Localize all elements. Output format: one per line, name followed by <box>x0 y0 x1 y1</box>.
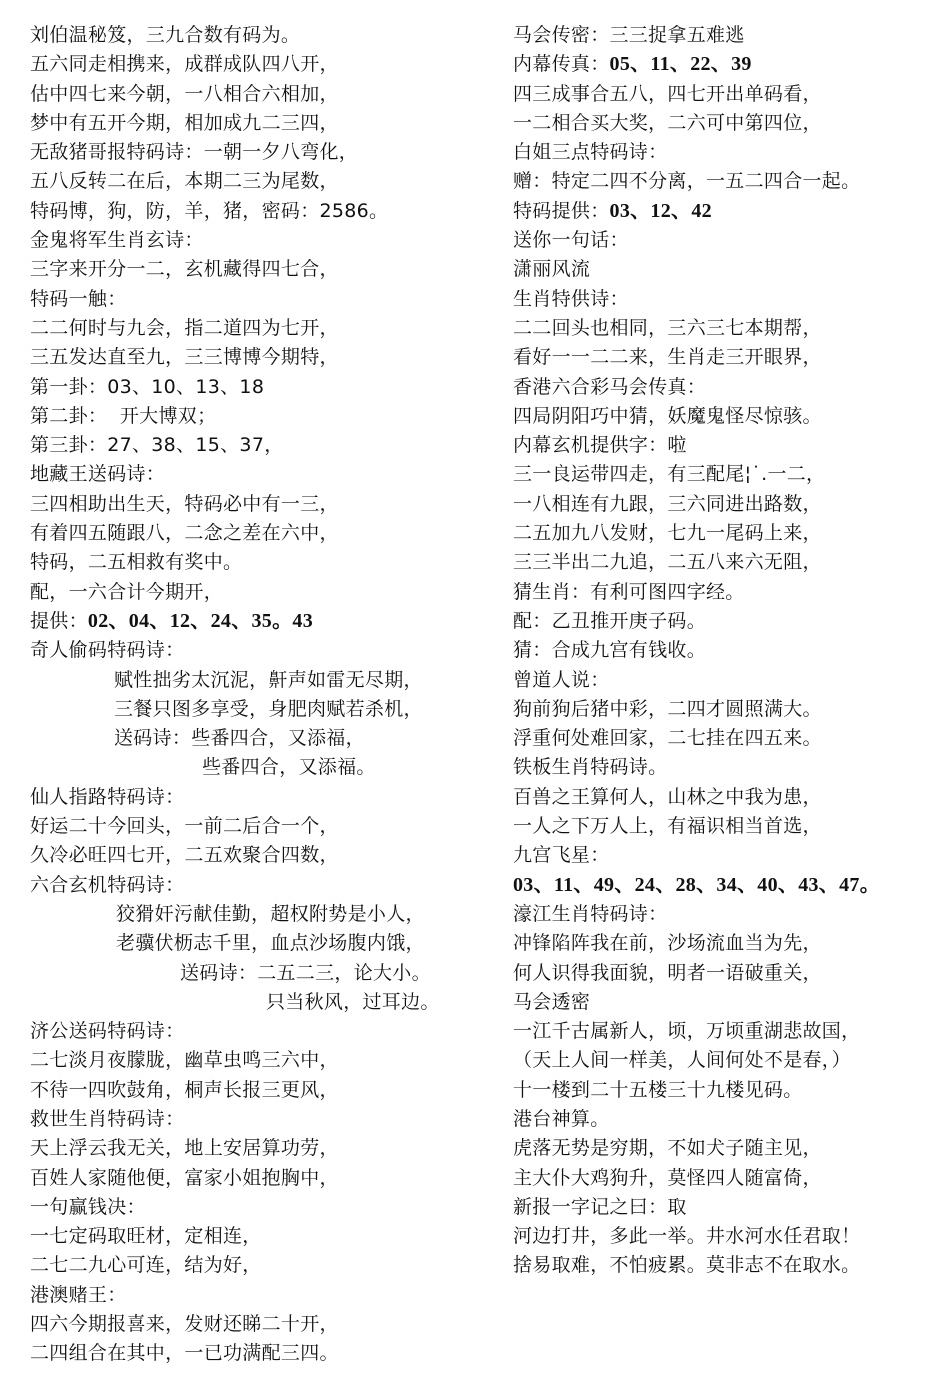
text-line: 有着四五随跟八，二念之差在六中， <box>30 519 470 548</box>
section-heading: 马会透密 <box>513 988 928 1017</box>
section-heading: 香港六合彩马会传真： <box>513 373 928 402</box>
text-line: 百姓人家随他便，富家小姐抱胸中， <box>30 1164 470 1193</box>
text-line: 四三成事合五八，四七开出单码看， <box>513 80 928 109</box>
text-line: 一江千古属新人，顷，万顷重湖悲故国， <box>513 1017 928 1046</box>
text-line: 马会传密：三三捉拿五难逃 <box>513 21 928 50</box>
text-line: 特码，二五相救有奖中。 <box>30 548 470 577</box>
text-line: 送码诗：二五二三，论大小。 <box>30 959 470 988</box>
text-line: 一八相连有九跟，三六同进出路数， <box>513 490 928 519</box>
text-line: 三餐只图多享受，身肥肉赋若杀机， <box>30 695 470 724</box>
text-line: 河边打井，多此一举。井水河水任君取！ <box>513 1222 928 1251</box>
text-line: 五八反转二在后，本期二三为尾数， <box>30 167 470 196</box>
text-line: 三三半出二九追，二五八来六无阻， <box>513 548 928 577</box>
text-line: 潇丽风流 <box>513 255 928 284</box>
section-heading: 金鬼将军生肖玄诗： <box>30 226 470 255</box>
text-line: 特码博，狗，防，羊，猪，密码：2586。 <box>30 197 470 226</box>
text-line: 二五加九八发财，七九一尾码上来， <box>513 519 928 548</box>
section-heading: 济公送码特码诗： <box>30 1017 470 1046</box>
text-line: 百兽之王算何人，山林之中我为患， <box>513 783 928 812</box>
text-line: 估中四七来今朝，一八相合六相加， <box>30 80 470 109</box>
section-heading: 地藏王送码诗： <box>30 460 470 489</box>
bold-numbers: 05、11、22、39 <box>610 53 752 75</box>
section-heading: 生肖特供诗： <box>513 285 928 314</box>
number-line: 内幕传真：05、11、22、39 <box>513 50 928 79</box>
text-line: 天上浮云我无关，地上安居算功劳， <box>30 1134 470 1163</box>
text-line: 冲锋陷阵我在前，沙场流血当为先， <box>513 929 928 958</box>
section-heading: 六合玄机特码诗： <box>30 871 470 900</box>
text-line: 内幕玄机提供字：啦 <box>513 431 928 460</box>
text-line: 浮重何处难回家，二七挂在四五来。 <box>513 724 928 753</box>
number-label: 特码提供： <box>513 200 610 222</box>
text-line: 第一卦：03、10、13、18 <box>30 373 470 402</box>
text-line: 刘伯温秘笈，三九合数有码为。 <box>30 21 470 50</box>
bold-numbers: 03、11、49、24、28、34、40、43、47。 <box>513 874 880 896</box>
text-line: 五六同走相携来，成群成队四八开， <box>30 50 470 79</box>
number-line: 提供：02、04、12、24、35。43 <box>30 607 470 636</box>
section-heading: 仙人指路特码诗： <box>30 783 470 812</box>
section-heading: 铁板生肖特码诗。 <box>513 753 928 782</box>
bold-numbers: 03、12、42 <box>610 200 712 222</box>
section-heading: 特码一触： <box>30 285 470 314</box>
text-line: 四局阴阳巧中猜，妖魔鬼怪尽惊骇。 <box>513 402 928 431</box>
section-heading: 九宫飞星： <box>513 841 928 870</box>
text-line: 看好一一二二来，生肖走三开眼界， <box>513 343 928 372</box>
text-line: 只当秋风，过耳边。 <box>30 988 470 1017</box>
text-line: 一七定码取旺材，定相连， <box>30 1222 470 1251</box>
section-heading: 送你一句话： <box>513 226 928 255</box>
text-line: 不待一四吹鼓角，桐声长报三更风， <box>30 1076 470 1105</box>
section-heading: 曾道人说： <box>513 666 928 695</box>
section-heading: 濠江生肖特码诗： <box>513 900 928 929</box>
text-line: 新报一字记之曰：取 <box>513 1193 928 1222</box>
section-heading: 奇人偷码特码诗： <box>30 636 470 665</box>
text-line: 二四组合在其中，一已功满配三四。 <box>30 1339 470 1368</box>
text-line: 狡猾奸污献佳勤，超权附势是小人， <box>30 900 470 929</box>
text-line: 三字来开分一二，玄机藏得四七合， <box>30 255 470 284</box>
bold-numbers: 02、04、12、24、35。43 <box>88 610 313 632</box>
number-label: 提供： <box>30 610 88 632</box>
text-line: 好运二十今回头，一前二后合一个， <box>30 812 470 841</box>
text-line: 二二何时与九会，指二道四为七开， <box>30 314 470 343</box>
text-line: 三五发达直至九，三三博博今期特， <box>30 343 470 372</box>
text-line: 二七淡月夜朦胧，幽草虫鸣三六中， <box>30 1046 470 1075</box>
section-heading: 白姐三点特码诗： <box>513 138 928 167</box>
text-line: 猜生肖：有利可图四字经。 <box>513 578 928 607</box>
text-line: 配，一六合计今期开， <box>30 578 470 607</box>
text-line: 虎落无势是穷期，不如犬子随主见， <box>513 1134 928 1163</box>
text-line: 赋性拙劣太沉泥，鼾声如雷无尽期， <box>30 666 470 695</box>
text-line: （天上人间一样美，人间何处不是春，） <box>513 1046 928 1075</box>
text-line: 些番四合，又添福。 <box>30 753 470 782</box>
text-line: 梦中有五开今期，相加成九二三四， <box>30 109 470 138</box>
section-heading: 港台神算。 <box>513 1105 928 1134</box>
text-line: 三一良运带四走，有三配尾¦˙.一二， <box>513 460 928 489</box>
section-heading: 港澳赌王： <box>30 1281 470 1310</box>
text-line: 主大仆大鸡狗升，莫怪四人随富倚， <box>513 1164 928 1193</box>
number-line: 特码提供：03、12、42 <box>513 197 928 226</box>
text-line: 十一楼到二十五楼三十九楼见码。 <box>513 1076 928 1105</box>
text-line: 一二相合买大奖，二六可中第四位， <box>513 109 928 138</box>
text-line: 老骥伏枥志千里，血点沙场腹内饿， <box>30 929 470 958</box>
text-line: 无敌猪哥报特码诗：一朝一夕八弯化， <box>30 138 470 167</box>
text-line: 何人识得我面貌，明者一语破重关， <box>513 959 928 988</box>
text-line: 赠：特定二四不分离，一五二四合一起。 <box>513 167 928 196</box>
number-label: 内幕传真： <box>513 53 610 75</box>
text-line: 送码诗：些番四合，又添福， <box>30 724 470 753</box>
text-line: 狗前狗后猪中彩，二四才圆照满大。 <box>513 695 928 724</box>
section-heading: 一句赢钱决： <box>30 1193 470 1222</box>
text-line: 一人之下万人上，有福识相当首选， <box>513 812 928 841</box>
text-line: 捨易取难，不怕疲累。莫非志不在取水。 <box>513 1251 928 1280</box>
left-column: 刘伯温秘笈，三九合数有码为。 五六同走相携来，成群成队四八开， 估中四七来今朝，… <box>30 21 470 1369</box>
text-line: 二七二九心可连，结为好， <box>30 1251 470 1280</box>
text-line: 二二回头也相同，三六三七本期帮， <box>513 314 928 343</box>
text-line: 第三卦：27、38、15、37， <box>30 431 470 460</box>
text-line: 配：乙丑推开庚子码。 <box>513 607 928 636</box>
number-line: 03、11、49、24、28、34、40、43、47。 <box>513 871 928 900</box>
text-line: 四六今期报喜来，发财还睇二十开， <box>30 1310 470 1339</box>
text-line: 第二卦： 开大博双； <box>30 402 470 431</box>
section-heading: 救世生肖特码诗： <box>30 1105 470 1134</box>
text-line: 三四相助出生天，特码必中有一三， <box>30 490 470 519</box>
text-line: 猜：合成九宫有钱收。 <box>513 636 928 665</box>
right-column: 马会传密：三三捉拿五难逃 内幕传真：05、11、22、39 四三成事合五八，四七… <box>513 21 928 1281</box>
text-line: 久冷必旺四七开，二五欢聚合四数， <box>30 841 470 870</box>
